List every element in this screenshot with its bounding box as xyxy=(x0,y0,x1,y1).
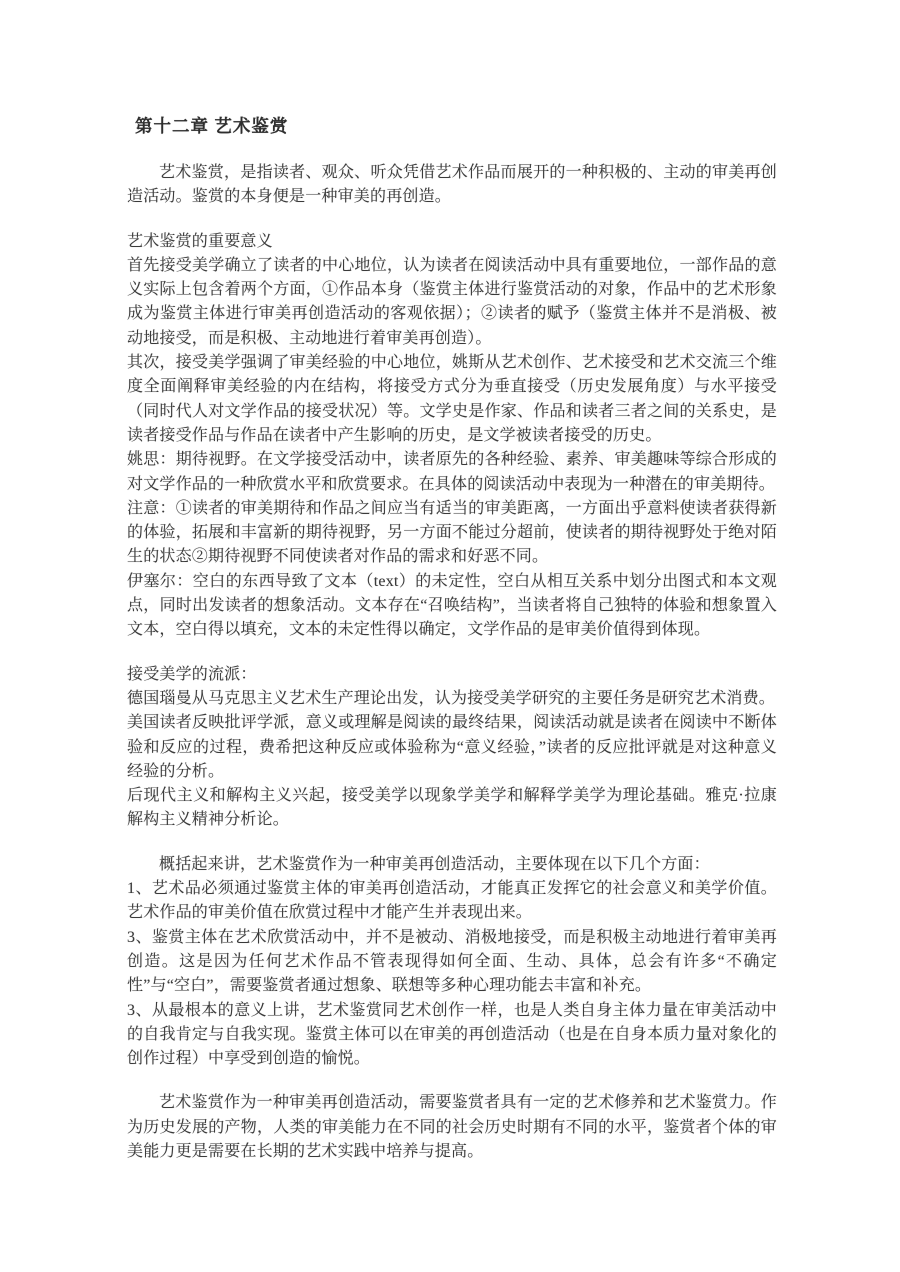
paragraph-naumann: 德国瑙曼从马克思主义艺术生产理论出发，认为接受美学研究的主要任务是研究艺术消费。 xyxy=(127,687,777,711)
section-heading-schools: 接受美学的流派： xyxy=(127,663,777,687)
intro-paragraph: 艺术鉴赏，是指读者、观众、听众凭借艺术作品而展开的一种积极的、主动的审美再创造活… xyxy=(127,161,777,210)
paragraph-reader-centrality: 首先接受美学确立了读者的中心地位，认为读者在阅读活动中具有重要地位，一部作品的意… xyxy=(127,254,777,351)
paragraph-reader-response-criticism: 美国读者反映批评学派，意义或理解是阅读的最终结果，阅读活动就是读者在阅读中不断体… xyxy=(127,711,777,784)
document-content: 第十二章 艺术鉴赏 艺术鉴赏，是指读者、观众、听众凭借艺术作品而展开的一种积极的… xyxy=(127,113,777,1164)
list-item-3: 3、从最根本的意义上讲，艺术鉴赏同艺术创作一样，也是人类自身主体力量在审美活动中… xyxy=(127,999,777,1072)
list-item-1: 1、艺术品必须通过鉴赏主体的审美再创造活动，才能真正发挥它的社会意义和美学价值。… xyxy=(127,877,777,926)
section-heading-importance: 艺术鉴赏的重要意义 xyxy=(127,230,777,254)
document-page: 第十二章 艺术鉴赏 艺术鉴赏，是指读者、观众、听众凭借艺术作品而展开的一种积极的… xyxy=(0,0,900,1272)
paragraph-expectation-horizon: 姚思：期待视野。在文学接受活动中，读者原先的各种经验、素养、审美趣味等综合形成的… xyxy=(127,448,777,497)
paragraph-expectation-notes: 注意：①读者的审美期待和作品之间应当有适当的审美距离，一方面出乎意料使读者获得新… xyxy=(127,497,777,570)
paragraph-postmodern-deconstruction: 后现代主义和解构主义兴起，接受美学以现象学美学和解释学美学为理论基础。雅克·拉康… xyxy=(127,784,777,833)
closing-paragraph: 艺术鉴赏作为一种审美再创造活动，需要鉴赏者具有一定的艺术修养和艺术鉴赏力。作为历… xyxy=(127,1091,777,1164)
paragraph-summary-lead: 概括起来讲，艺术鉴赏作为一种审美再创造活动，主要体现在以下几个方面： xyxy=(127,853,777,877)
paragraph-jauss-aesthetic-experience: 其次，接受美学强调了审美经验的中心地位，姚斯从艺术创作、艺术接受和艺术交流三个维… xyxy=(127,351,777,448)
chapter-title: 第十二章 艺术鉴赏 xyxy=(135,113,777,139)
list-item-2: 3、鉴赏主体在艺术欣赏活动中，并不是被动、消极地接受，而是积极主动地进行着审美再… xyxy=(127,926,777,999)
paragraph-iser-blanks: 伊塞尔：空白的东西导致了文本（text）的未定性，空白从相互关系中划分出图式和本… xyxy=(127,570,777,643)
